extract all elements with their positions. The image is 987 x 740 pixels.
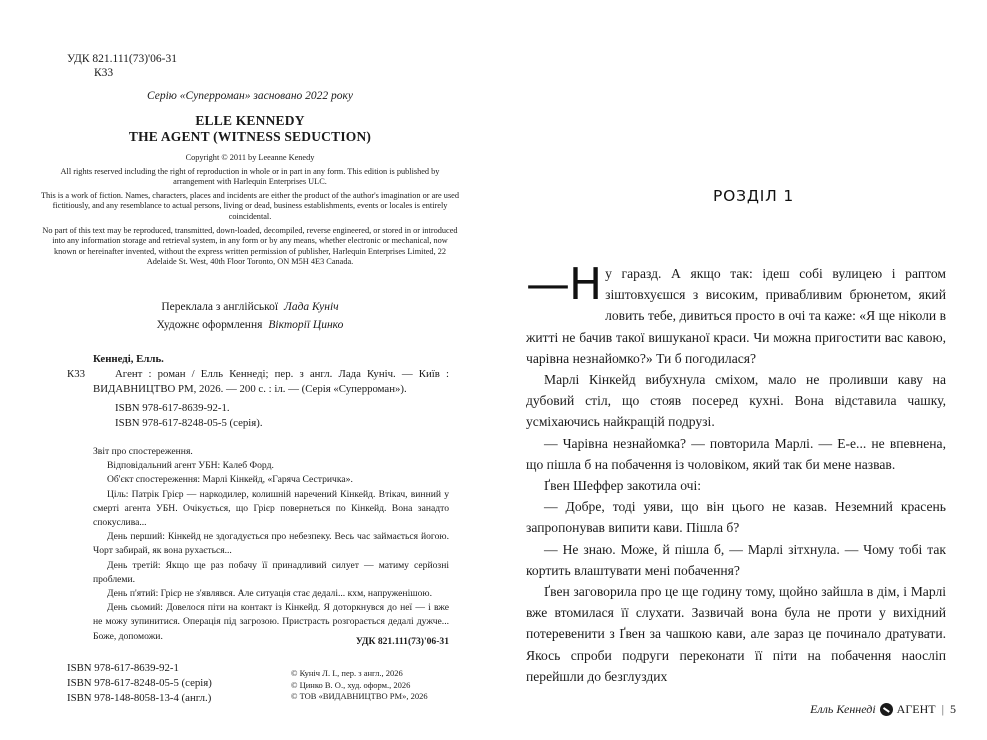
catalog-record: Кеннеді, Елль. К33 Агент : роман / Елль … — [67, 352, 449, 431]
annotation-line: Відповідальний агент УБН: Калеб Форд. — [93, 459, 449, 473]
copyright-list: © Кунiч Л. І., пер. з англ., 2026 © Цинк… — [291, 668, 428, 703]
annotation-line: День п'ятий: Грієр не з'являвся. Але сит… — [93, 587, 449, 601]
running-footer: Елль Кеннеді АГЕНТ | 5 — [810, 702, 956, 717]
paragraph: — Чарівна незнайомка? — повторила Марлі.… — [526, 433, 946, 475]
fiction-disclaimer: This is a work of fiction. Names, charac… — [40, 191, 460, 223]
opening-paragraph: —Ну гаразд. А якщо так: ідеш собі вулице… — [526, 263, 946, 369]
drop-cap: —Н — [526, 266, 601, 306]
page-number: 5 — [950, 702, 956, 717]
original-title: THE AGENT (WITNESS SEDUCTION) — [40, 129, 460, 145]
translator-label: Переклала з англійської — [161, 301, 278, 313]
isbn-list: ISBN 978-617-8639-92-1 ISBN 978-617-8248… — [67, 661, 212, 706]
isbn-item: ISBN 978-617-8639-92-1 — [67, 661, 212, 676]
legal-notice: Copyright © 2011 by Leeanne Kenedy All r… — [40, 153, 460, 271]
udk-code: УДК 821.111(73)'06-31 — [67, 52, 177, 66]
catalog-entry: К33 Агент : роман / Елль Кеннеді; пер. з… — [67, 367, 449, 397]
catalog-isbns: ISBN 978-617-8639-92-1. ISBN 978-617-824… — [67, 401, 449, 431]
series-note: Серію «Суперроман» засновано 2022 року — [40, 90, 460, 102]
catalog-code: К33 — [67, 367, 85, 382]
chapter-page: РОЗДІЛ 1 —Ну гаразд. А якщо так: ідеш со… — [493, 0, 987, 740]
annotation-line: День перший: Кінкейд не здогадується про… — [93, 530, 449, 558]
translator-credit: Переклала з англійськоїЛада Куніч — [40, 298, 460, 316]
paragraph: Ґвен Шеффер закотила очі: — [526, 475, 946, 496]
imprint-page: УДК 821.111(73)'06-31 К33 Серію «Суперро… — [0, 0, 493, 740]
footer-separator: | — [942, 702, 944, 717]
original-title-block: ELLE KENNEDY THE AGENT (WITNESS SEDUCTIO… — [40, 113, 460, 145]
paragraph: — Добре, тоді уяви, що він цього не каза… — [526, 496, 946, 538]
book-annotation: Звіт про спостереження. Відповідальний а… — [93, 445, 449, 644]
copyright-item: © Цинко В. О., худ. оформ., 2026 — [291, 680, 428, 692]
copyright-item: © ТОВ «ВИДАВНИЦТВО РМ», 2026 — [291, 691, 428, 703]
copyright-item: © Кунiч Л. І., пер. з англ., 2026 — [291, 668, 428, 680]
rights-reserved: All rights reserved including the right … — [40, 167, 460, 188]
annotation-line: День третій: Якщо ще раз побачу її прина… — [93, 559, 449, 587]
chapter-heading: РОЗДІЛ 1 — [713, 187, 794, 205]
design-credit: Художнє оформленняВікторії Цинко — [40, 316, 460, 334]
translator-name: Лада Куніч — [284, 301, 339, 313]
publisher-logo-icon — [880, 703, 893, 716]
catalog-author: Кеннеді, Елль. — [67, 352, 449, 367]
author-mark: К33 — [67, 66, 177, 80]
copyright-line: Copyright © 2011 by Leeanne Kenedy — [40, 153, 460, 164]
original-author: ELLE KENNEDY — [40, 113, 460, 129]
paragraph: Ґвен заговорила про це ще годину тому, щ… — [526, 581, 946, 687]
udk-classification-top: УДК 821.111(73)'06-31 К33 — [67, 52, 177, 80]
credits: Переклала з англійськоїЛада Куніч Художн… — [40, 298, 460, 334]
isbn-item: ISBN 978-148-8058-13-4 (англ.) — [67, 691, 212, 706]
footer-author: Елль Кеннеді — [810, 702, 876, 717]
annotation-line: Ціль: Патрік Грієр — наркодилер, колишні… — [93, 488, 449, 531]
paragraph: — Не знаю. Може, й пішла б, — Марлі зітх… — [526, 539, 946, 581]
design-label: Художнє оформлення — [157, 319, 263, 331]
designer-name: Вікторії Цинко — [268, 319, 343, 331]
paragraph: Марлі Кінкейд вибухнула сміхом, мало не … — [526, 369, 946, 433]
catalog-description: Агент : роман / Елль Кеннеді; пер. з анг… — [93, 367, 449, 397]
udk-classification-bottom: УДК 821.111(73)'06-31 — [300, 636, 449, 647]
catalog-isbn-series: ISBN 978-617-8248-05-5 (серія). — [93, 416, 449, 431]
annotation-line: Звіт про спостереження. — [93, 445, 449, 459]
catalog-isbn: ISBN 978-617-8639-92-1. — [93, 401, 449, 416]
reproduction-notice: No part of this text may be reproduced, … — [40, 226, 460, 268]
isbn-item: ISBN 978-617-8248-05-5 (серія) — [67, 676, 212, 691]
annotation-line: Об'єкт спостереження: Марлі Кінкейд, «Га… — [93, 473, 449, 487]
chapter-body: —Ну гаразд. А якщо так: ідеш собі вулице… — [526, 263, 946, 687]
footer-book-title: АГЕНТ — [897, 702, 936, 717]
